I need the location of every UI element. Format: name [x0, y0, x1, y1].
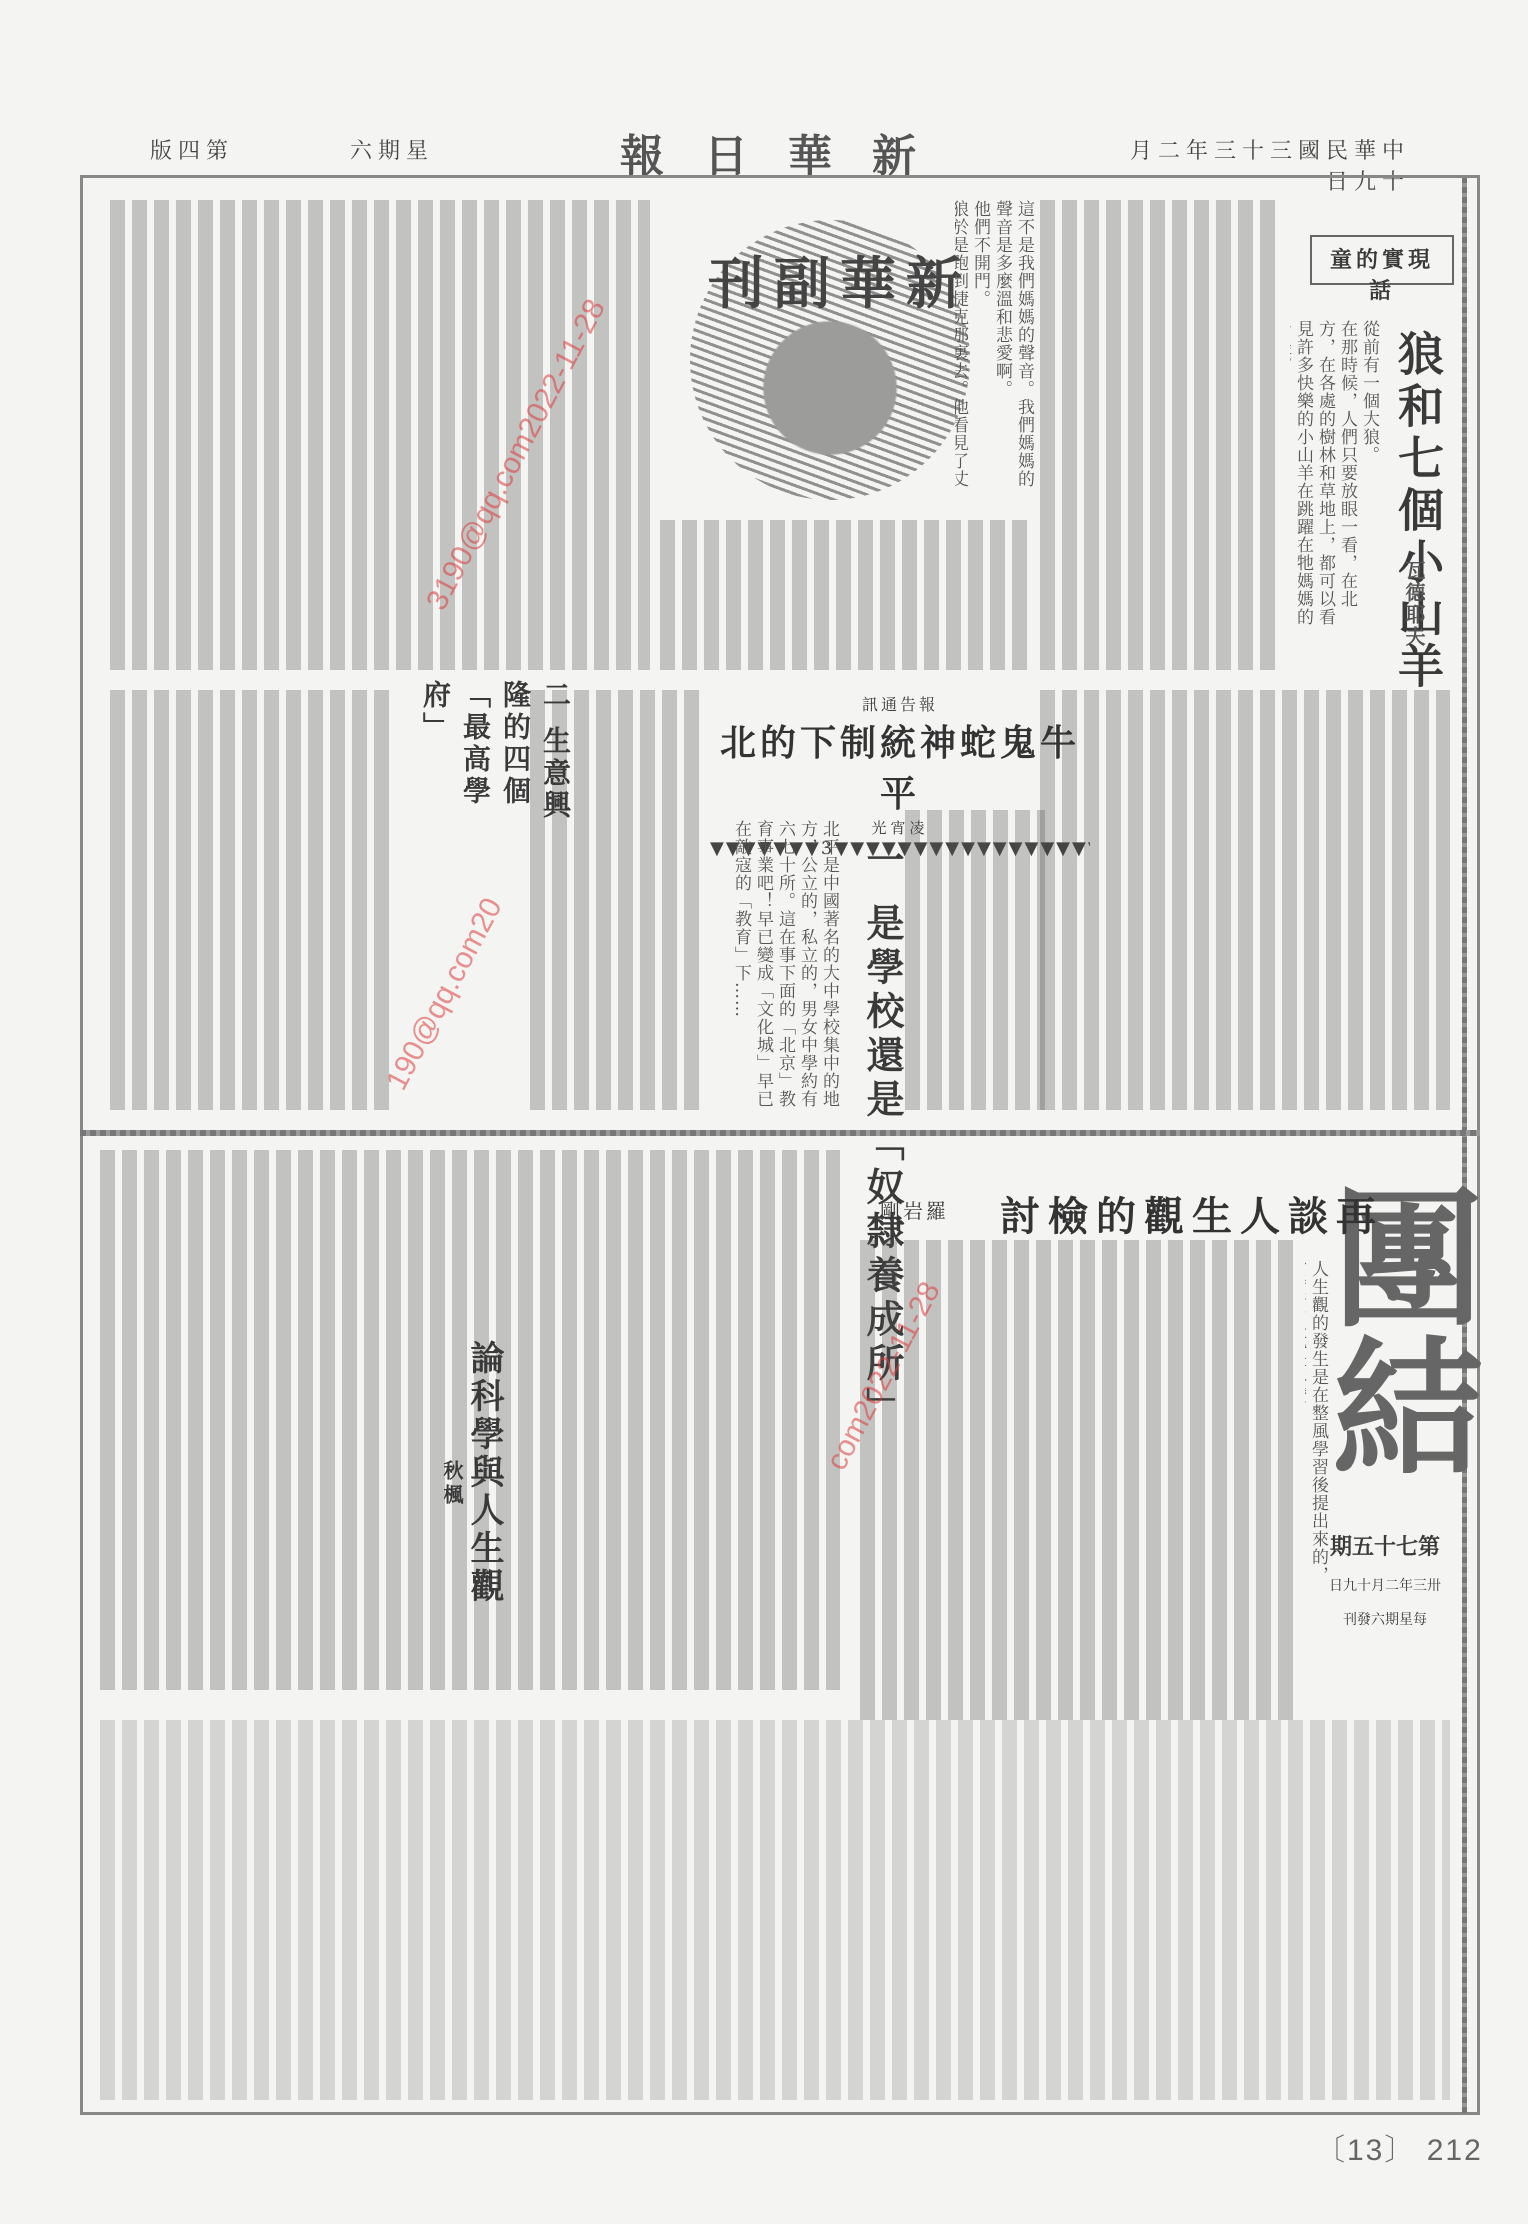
issue-date: 卅三年二月十九日: [1320, 1575, 1450, 1595]
story-line: 從前有一個大狼。: [1358, 320, 1380, 640]
column-label-box: 現實的童話: [1310, 235, 1454, 285]
column-label: 現實的童話: [1322, 243, 1442, 305]
page-footer: 〔13〕 212: [1315, 2125, 1483, 2169]
text-line: 狼於是跑到捷克那裏去。他看見了丈: [955, 200, 969, 500]
serial-left-text: [110, 690, 390, 1110]
article2-title: 論科學與人生觀: [460, 1340, 509, 1606]
story-author: 瓦德耶夫: [1400, 560, 1429, 648]
serial-opening: 北平是中國著名的大中學校集中的地方，公立的，私立的，男女中學約有六七十所。這在事…: [700, 820, 840, 1110]
story-body-text: [1040, 200, 1280, 670]
story-opening: 從前有一個大狼。 在那時候，人們只要放眼一看，在北方，在各處的樹林和草地上，都可…: [1290, 320, 1380, 640]
issue-frequency: 每星期六發刊: [1320, 1609, 1450, 1629]
text-line: 這不是我們媽媽的聲音。我們媽媽的聲音是多麼溫和悲愛啊。: [991, 200, 1035, 500]
sheet-reference: 〔13〕: [1315, 2134, 1416, 2167]
story-lower-text: [660, 520, 1030, 670]
article2-author: 秋楓: [438, 1460, 467, 1508]
right-border-rule: [1462, 178, 1467, 2113]
article1-author: 羅岩剛: [880, 1195, 949, 1224]
serial-kicker: 報告通訊: [710, 692, 1090, 715]
article1-title: 再談人生觀的檢討: [1000, 1185, 1384, 1242]
story-line: 在那時候，人們只要放眼一看，在北方，在各處的樹林和草地上，都可以看見許多快樂的小…: [1290, 320, 1358, 640]
woodcut-adjacent-text: 這不是我們媽媽的聲音。我們媽媽的聲音是多麼溫和悲愛啊。 他們不開門。 狼於是跑到…: [955, 200, 1035, 500]
weekday-label: 星期六: [350, 134, 434, 165]
article-heading: 二 生意興隆的四個「最高學府」: [415, 680, 575, 830]
issue-number: 第七十五期: [1320, 1530, 1450, 1561]
section-divider: [80, 1130, 1480, 1136]
text-line: 他們不開門。: [969, 200, 991, 500]
edition-label: 第四版: [150, 134, 234, 165]
masthead: 第四版 星期六 新華日報 中華民國三十三年二月十九日: [150, 120, 1410, 180]
supplement-issue-block: 第七十五期 卅三年二月十九日 每星期六發刊: [1320, 1530, 1450, 1629]
top-left-body-text: [110, 200, 650, 670]
lower-body-text: [100, 1720, 1450, 2100]
page-number: 212: [1427, 2134, 1483, 2167]
story-continued-text: [1040, 690, 1450, 1110]
article1-opening: 人生觀的發生是在整風學習後提出來的，它實質上就是稱讚……: [1305, 1260, 1329, 1600]
serial-title: 牛鬼蛇神統制下的北平: [710, 715, 1090, 817]
serial-body-text: [905, 810, 1045, 1110]
